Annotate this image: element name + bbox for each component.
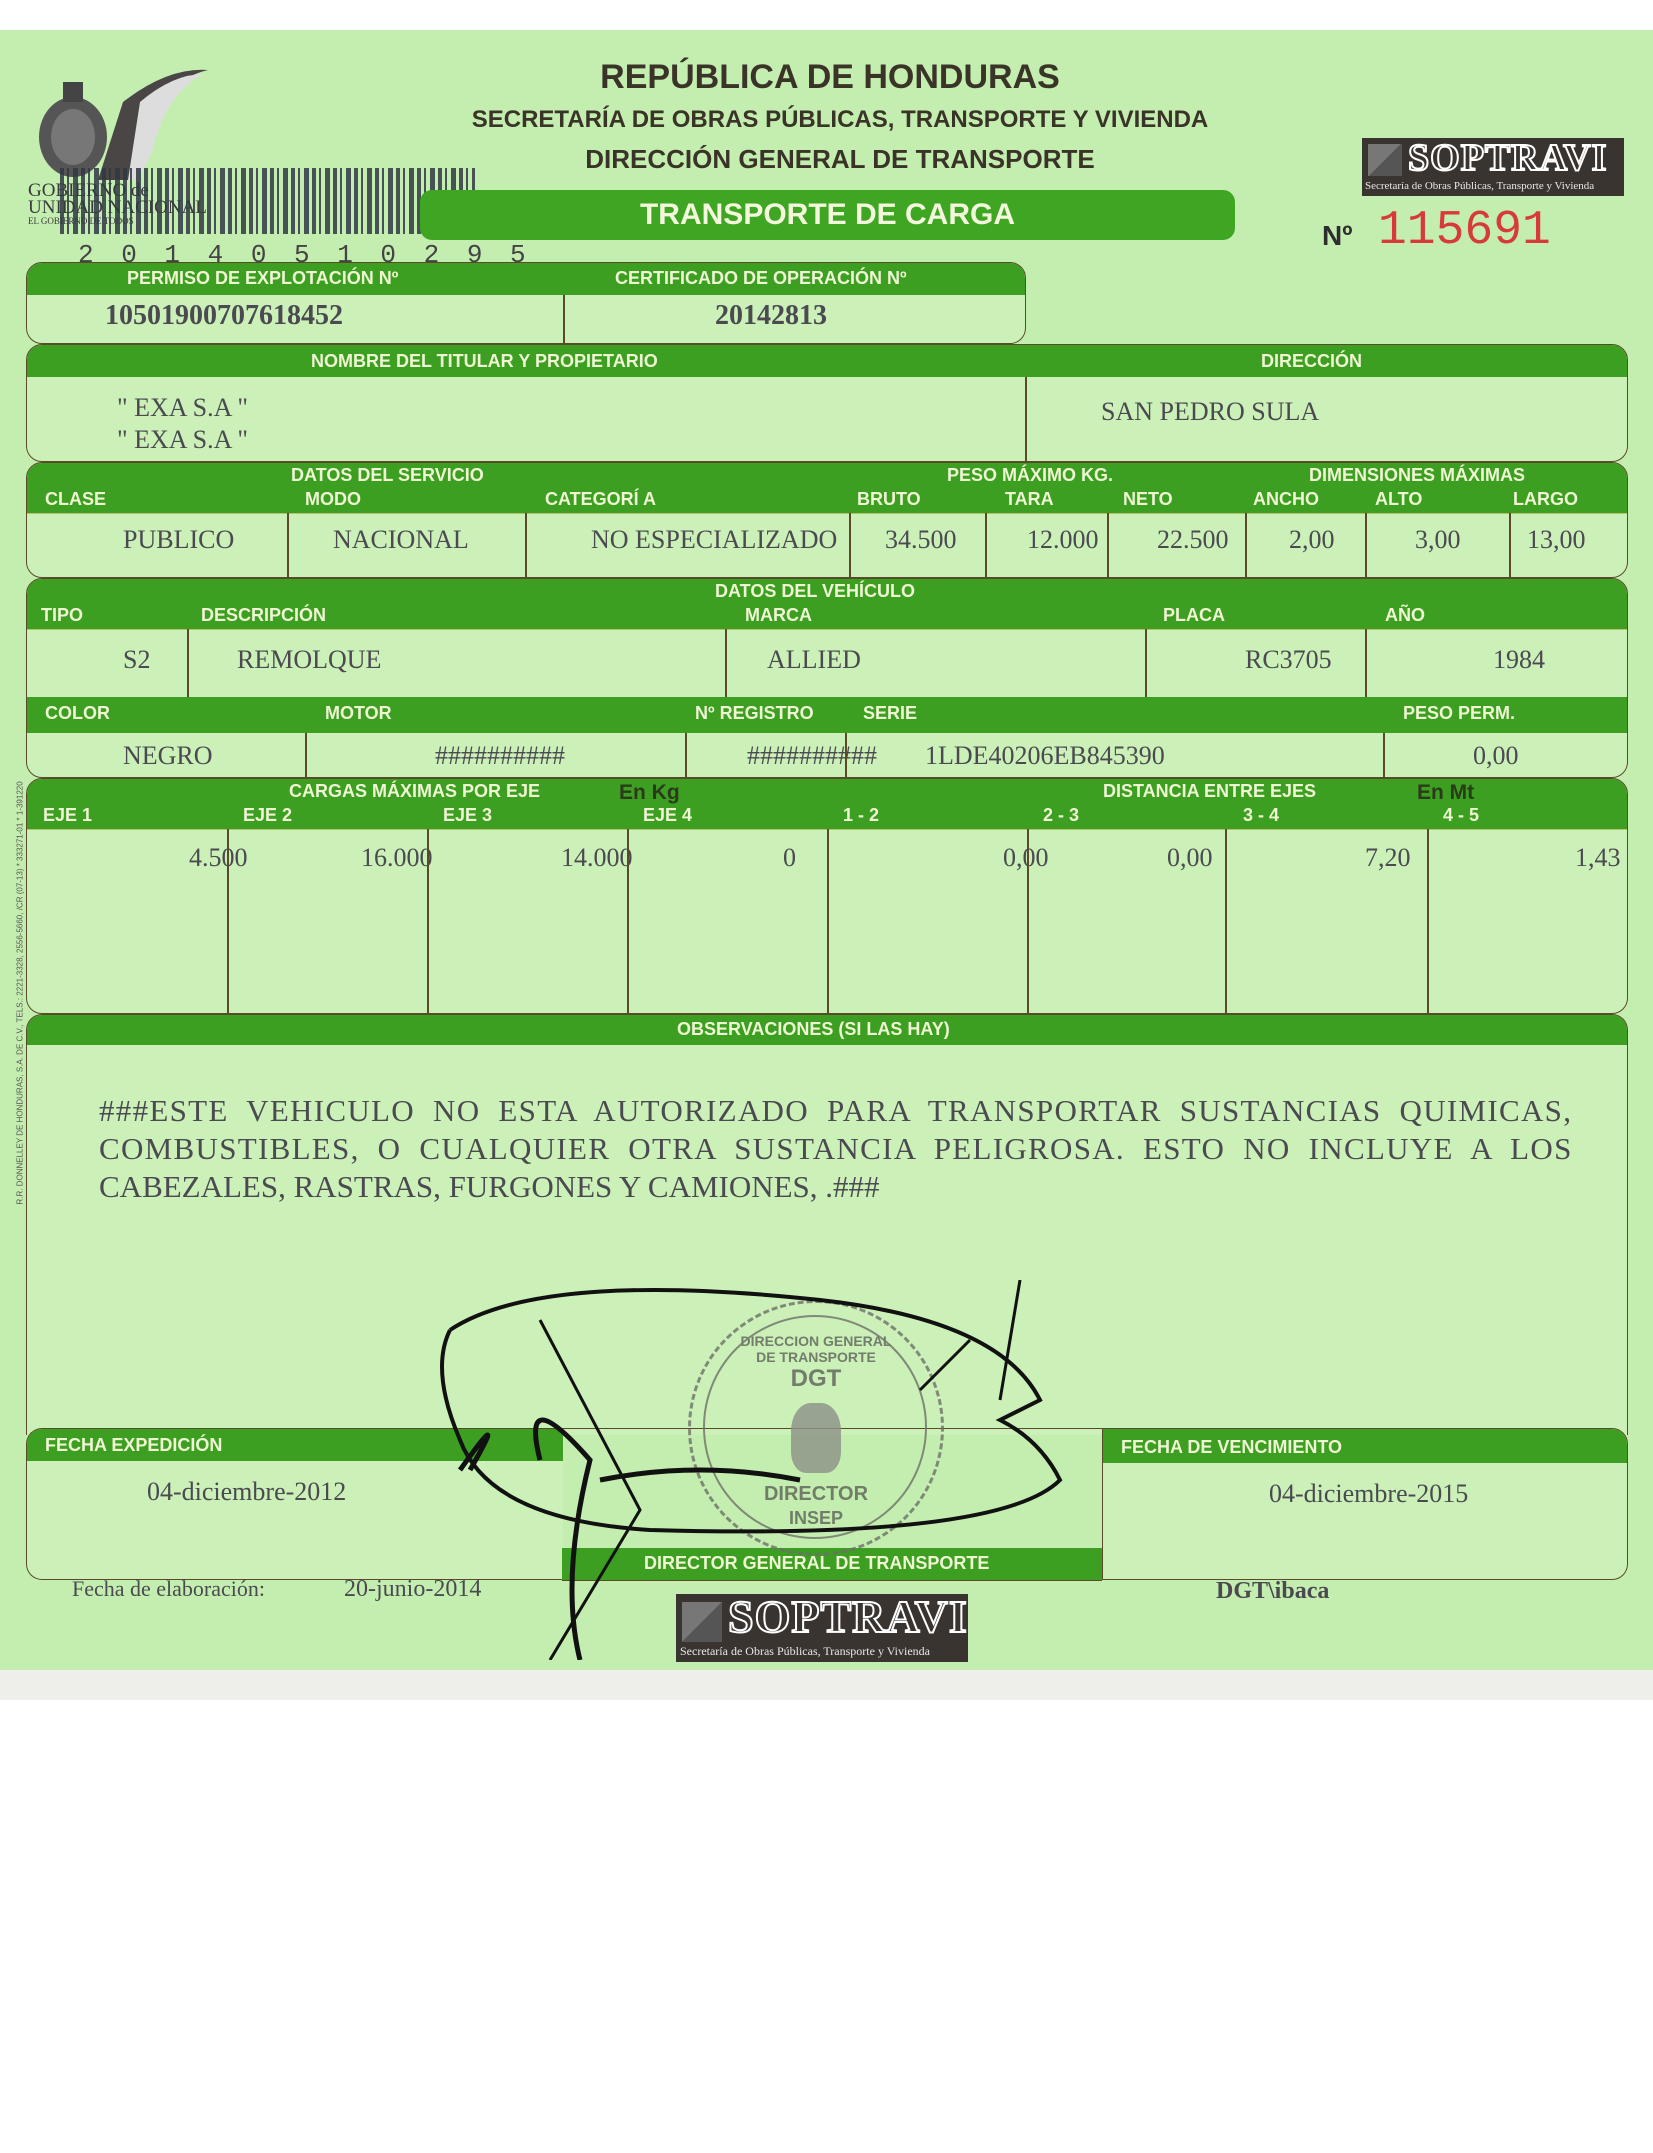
service-col-value: 3,00 [1415, 525, 1461, 555]
vehicle-r1-col-value: REMOLQUE [237, 645, 381, 675]
permiso-value: 10501900707618452 [105, 300, 343, 332]
ministry-title: SECRETARÍA DE OBRAS PÚBLICAS, TRANSPORTE… [400, 106, 1280, 134]
service-col-label: LARGO [1513, 489, 1578, 510]
vehicle-r1-col-value: RC3705 [1245, 645, 1332, 675]
serial-label: Nº [1322, 220, 1352, 252]
vehicle-r1-col-value: 1984 [1493, 645, 1545, 675]
vehicle-r2-col-value: NEGRO [123, 741, 213, 771]
expiry-date-value: 04-diciembre-2015 [1269, 1479, 1468, 1509]
elaboration-label: Fecha de elaboración: [72, 1576, 265, 1602]
vehicle-r1-col-label: AÑO [1385, 605, 1425, 626]
soptravi-emblem-icon [682, 1602, 722, 1642]
vehicle-section-label: DATOS DEL VEHÍCULO [715, 581, 915, 602]
scan-margin [0, 1670, 1653, 1700]
soptravi-footer-logo: SOPTRAVI Secretaría de Obras Públicas, T… [676, 1594, 968, 1662]
service-col-label: BRUTO [857, 489, 921, 510]
vehicle-r2-col-value: ########## [435, 741, 565, 771]
soptravi-footer-subtitle: Secretaría de Obras Públicas, Transporte… [680, 1644, 930, 1659]
certificado-value: 20142813 [715, 300, 827, 332]
printer-note: R.R. DONNELLEY DE HONDURAS, S.A. DE C.V.… [16, 665, 25, 1205]
axle-col-label: 1 - 2 [843, 805, 879, 826]
service-col-value: 2,00 [1289, 525, 1335, 555]
vehicle-r1-col-label: DESCRIPCIÓN [201, 605, 326, 626]
propietario-value: " EXA S.A " [117, 425, 248, 455]
soptravi-emblem-icon [1368, 144, 1402, 176]
owner-address-label: DIRECCIÓN [1261, 351, 1362, 372]
permit-box: PERMISO DE EXPLOTACIÓN Nº CERTIFICADO DE… [26, 262, 1026, 344]
certificado-label: CERTIFICADO DE OPERACIÓN Nº [615, 268, 907, 289]
dims-section-label: DIMENSIONES MÁXIMAS [1309, 465, 1525, 486]
vehicle-r2-col-value: ########## [747, 741, 877, 771]
owner-name-label: NOMBRE DEL TITULAR Y PROPIETARIO [311, 351, 658, 372]
country-title: REPÚBLICA DE HONDURAS [420, 58, 1240, 97]
vehicle-r2-col-label: SERIE [863, 703, 917, 724]
permiso-label: PERMISO DE EXPLOTACIÓN Nº [127, 268, 398, 289]
owner-box: NOMBRE DEL TITULAR Y PROPIETARIO DIRECCI… [26, 344, 1628, 462]
vehicle-box: DATOS DEL VEHÍCULO TIPOS2DESCRIPCIÓNREMO… [26, 578, 1628, 778]
axle-col-label: 4 - 5 [1443, 805, 1479, 826]
weight-section-label: PESO MÁXIMO KG. [947, 465, 1113, 486]
address-value: SAN PEDRO SULA [1101, 397, 1319, 427]
vehicle-r2-col-value: 1LDE40206EB845390 [925, 741, 1165, 771]
axle-col-label: EJE 3 [443, 805, 492, 826]
soptravi-footer-name: SOPTRAVI [728, 1590, 968, 1643]
observations-line3: CABEZALES, RASTRAS, FURGONES Y CAMIONES,… [99, 1169, 880, 1205]
service-box: DATOS DEL SERVICIO PESO MÁXIMO KG. DIMEN… [26, 462, 1628, 578]
service-col-label: NETO [1123, 489, 1173, 510]
axle-col-value: 16.000 [361, 843, 433, 873]
axle-col-value: 0 [783, 843, 796, 873]
axle-col-value: 4.500 [189, 843, 248, 873]
distance-unit: En Mt [1417, 781, 1474, 805]
issue-date-value: 04-diciembre-2012 [147, 1477, 346, 1507]
axle-col-label: EJE 2 [243, 805, 292, 826]
soptravi-name: SOPTRAVI [1408, 136, 1607, 180]
vehicle-r1-col-value: ALLIED [767, 645, 861, 675]
axle-col-value: 14.000 [561, 843, 633, 873]
service-col-label: ALTO [1375, 489, 1422, 510]
observations-line2: COMBUSTIBLES, O CUALQUIER OTRA SUSTANCIA… [99, 1131, 1573, 1167]
vehicle-r1-col-label: MARCA [745, 605, 812, 626]
expiry-date-label: FECHA DE VENCIMIENTO [1121, 1437, 1342, 1458]
axle-col-label: EJE 4 [643, 805, 692, 826]
service-col-value: 34.500 [885, 525, 957, 555]
vehicle-r2-col-label: COLOR [45, 703, 110, 724]
service-col-label: ANCHO [1253, 489, 1319, 510]
soptravi-subtitle: Secretaría de Obras Públicas, Transporte… [1365, 180, 1594, 192]
distance-section-label: DISTANCIA ENTRE EJES [1103, 781, 1316, 802]
observations-line1: ###ESTE VEHICULO NO ESTA AUTORIZADO PARA… [99, 1093, 1572, 1129]
observations-label: OBSERVACIONES (SI LAS HAY) [677, 1019, 950, 1040]
service-col-label: CLASE [45, 489, 106, 510]
vehicle-r2-col-value: 0,00 [1473, 741, 1519, 771]
service-col-value: 13,00 [1527, 525, 1586, 555]
service-col-label: TARA [1005, 489, 1054, 510]
vehicle-r1-col-value: S2 [123, 645, 150, 675]
service-col-label: CATEGORÍ A [545, 489, 656, 510]
loads-unit: En Kg [619, 781, 680, 805]
axle-col-value: 7,20 [1365, 843, 1411, 873]
barcode [60, 168, 475, 234]
directorate-title: DIRECCIÓN GENERAL DE TRANSPORTE [420, 144, 1260, 175]
vehicle-r2-col-label: PESO PERM. [1403, 703, 1515, 724]
vehicle-r2-col-label: MOTOR [325, 703, 392, 724]
service-col-value: PUBLICO [123, 525, 234, 555]
vehicle-r2-col-label: Nº REGISTRO [695, 703, 814, 724]
vehicle-r1-col-label: PLACA [1163, 605, 1225, 626]
issue-date-label: FECHA EXPEDICIÓN [45, 1435, 222, 1456]
service-col-label: MODO [305, 489, 361, 510]
vehicle-r1-col-label: TIPO [41, 605, 83, 626]
elaboration-date: 20-junio-2014 [344, 1576, 481, 1603]
soptravi-logo: SOPTRAVI Secretaría de Obras Públicas, T… [1362, 138, 1624, 196]
titular-value: " EXA S.A " [117, 393, 248, 423]
service-section-label: DATOS DEL SERVICIO [291, 465, 484, 486]
service-col-value: NACIONAL [333, 525, 469, 555]
coat-of-arms-icon [28, 62, 208, 182]
axle-col-value: 1,43 [1575, 843, 1621, 873]
document-type-banner: TRANSPORTE DE CARGA [420, 190, 1235, 240]
service-col-value: 22.500 [1157, 525, 1229, 555]
axle-col-value: 0,00 [1003, 843, 1049, 873]
serial-number: 115691 [1378, 204, 1551, 258]
service-col-value: NO ESPECIALIZADO [591, 525, 837, 555]
expiry-date-box: FECHA DE VENCIMIENTO 04-diciembre-2015 [1102, 1428, 1628, 1580]
axle-col-label: 2 - 3 [1043, 805, 1079, 826]
service-col-value: 12.000 [1027, 525, 1099, 555]
loads-section-label: CARGAS MÁXIMAS POR EJE [289, 781, 540, 802]
axle-col-label: EJE 1 [43, 805, 92, 826]
operator-code: DGT\ibaca [1216, 1578, 1329, 1605]
axles-box: CARGAS MÁXIMAS POR EJE En Kg DISTANCIA E… [26, 778, 1628, 1014]
axle-col-value: 0,00 [1167, 843, 1213, 873]
axle-col-label: 3 - 4 [1243, 805, 1279, 826]
